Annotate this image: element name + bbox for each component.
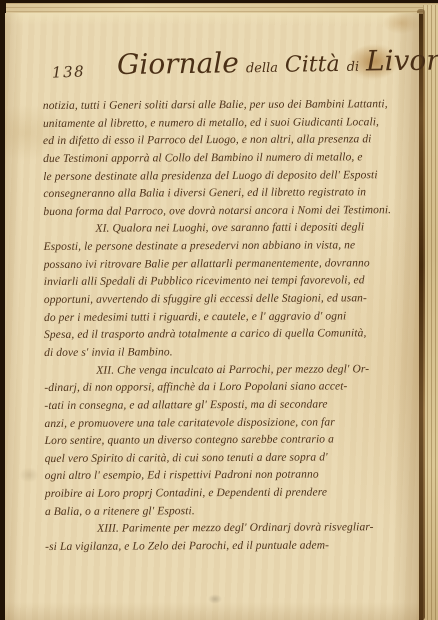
manuscript-line-section-xiii: XIII. Parimente per mezzo degl' Ordinarj…	[45, 519, 423, 539]
manuscript-line: possano ivi ritrovare Balie per allattar…	[44, 255, 422, 275]
title-word-giornale: Giornale	[117, 49, 239, 79]
manuscript-line-section-xii: XII. Che venga inculcato ai Parrochi, pe…	[44, 361, 422, 381]
manuscript-line: di dove s' invia il Bambino.	[44, 343, 422, 363]
book-scan-photo: { "document": { "page_number": "138", "t…	[0, 0, 438, 620]
manuscript-line-section-xi: XI. Qualora nei Luoghi, ove saranno fatt…	[43, 219, 421, 239]
manuscript-line: proibire ai Loro proprj Contadini, e Dep…	[45, 484, 423, 504]
manuscript-line: unitamente al libretto, e numero di meta…	[43, 114, 421, 134]
title-word-della: della	[246, 61, 278, 76]
manuscript-body: notizia, tutti i Generi soliti darsi all…	[43, 96, 423, 557]
manuscript-line: Loro sentire, quanto un diverso contegno…	[45, 431, 423, 451]
title-word-di: di	[347, 60, 360, 75]
manuscript-line: a Balia, o a ritenere gl' Esposti.	[45, 502, 423, 522]
manuscript-line: Spesa, ed il trasporto andrà totalmente …	[44, 325, 422, 345]
manuscript-line: ed in difetto di esso il Parroco del Luo…	[43, 131, 421, 151]
manuscript-line: Esposti, le persone destinate a preseder…	[44, 237, 422, 257]
manuscript-line: -si La vigilanza, e Lo Zelo dei Parochi,…	[45, 537, 423, 557]
manuscript-line: anzi, e promuovere una tale caritatevole…	[44, 414, 422, 434]
title-word-citta: Città	[285, 52, 340, 78]
manuscript-line: le persone destinate alla presidenza del…	[43, 167, 421, 187]
book-fore-edge-pages	[423, 5, 438, 620]
manuscript-line: inviarli alli Spedali di Pubblico ricevi…	[44, 272, 422, 292]
manuscript-line: notizia, tutti i Generi soliti darsi all…	[43, 96, 421, 116]
manuscript-line: -dinarj, di non opporsi, affinchè da i L…	[44, 378, 422, 398]
manuscript-line: quel vero Spirito di carità, di cui sono…	[45, 449, 423, 469]
manuscript-line: ogni altro l' esempio, Ed i rispettivi P…	[45, 466, 423, 486]
manuscript-line: due Testimoni apporrà al Collo del Bambi…	[43, 149, 421, 169]
manuscript-line: consegneranno alla Balia i diversi Gener…	[43, 184, 421, 204]
title-word-livorno: Livorno	[366, 46, 438, 76]
manuscript-line: buona forma dal Parroco, ove dovrà notar…	[43, 202, 421, 222]
page-number: 138	[52, 62, 86, 81]
manuscript-line: do per i medesimi tutti i riguardi, e ca…	[44, 308, 422, 328]
page-title: Giornale della Città di Livorno	[117, 47, 407, 80]
manuscript-page: 138 Giornale della Città di Livorno noti…	[5, 13, 419, 620]
manuscript-line: opportuni, avvertendo di sfuggire gli ec…	[44, 290, 422, 310]
manuscript-line: -tati in consegna, e ad allattare gl' Es…	[44, 396, 422, 416]
